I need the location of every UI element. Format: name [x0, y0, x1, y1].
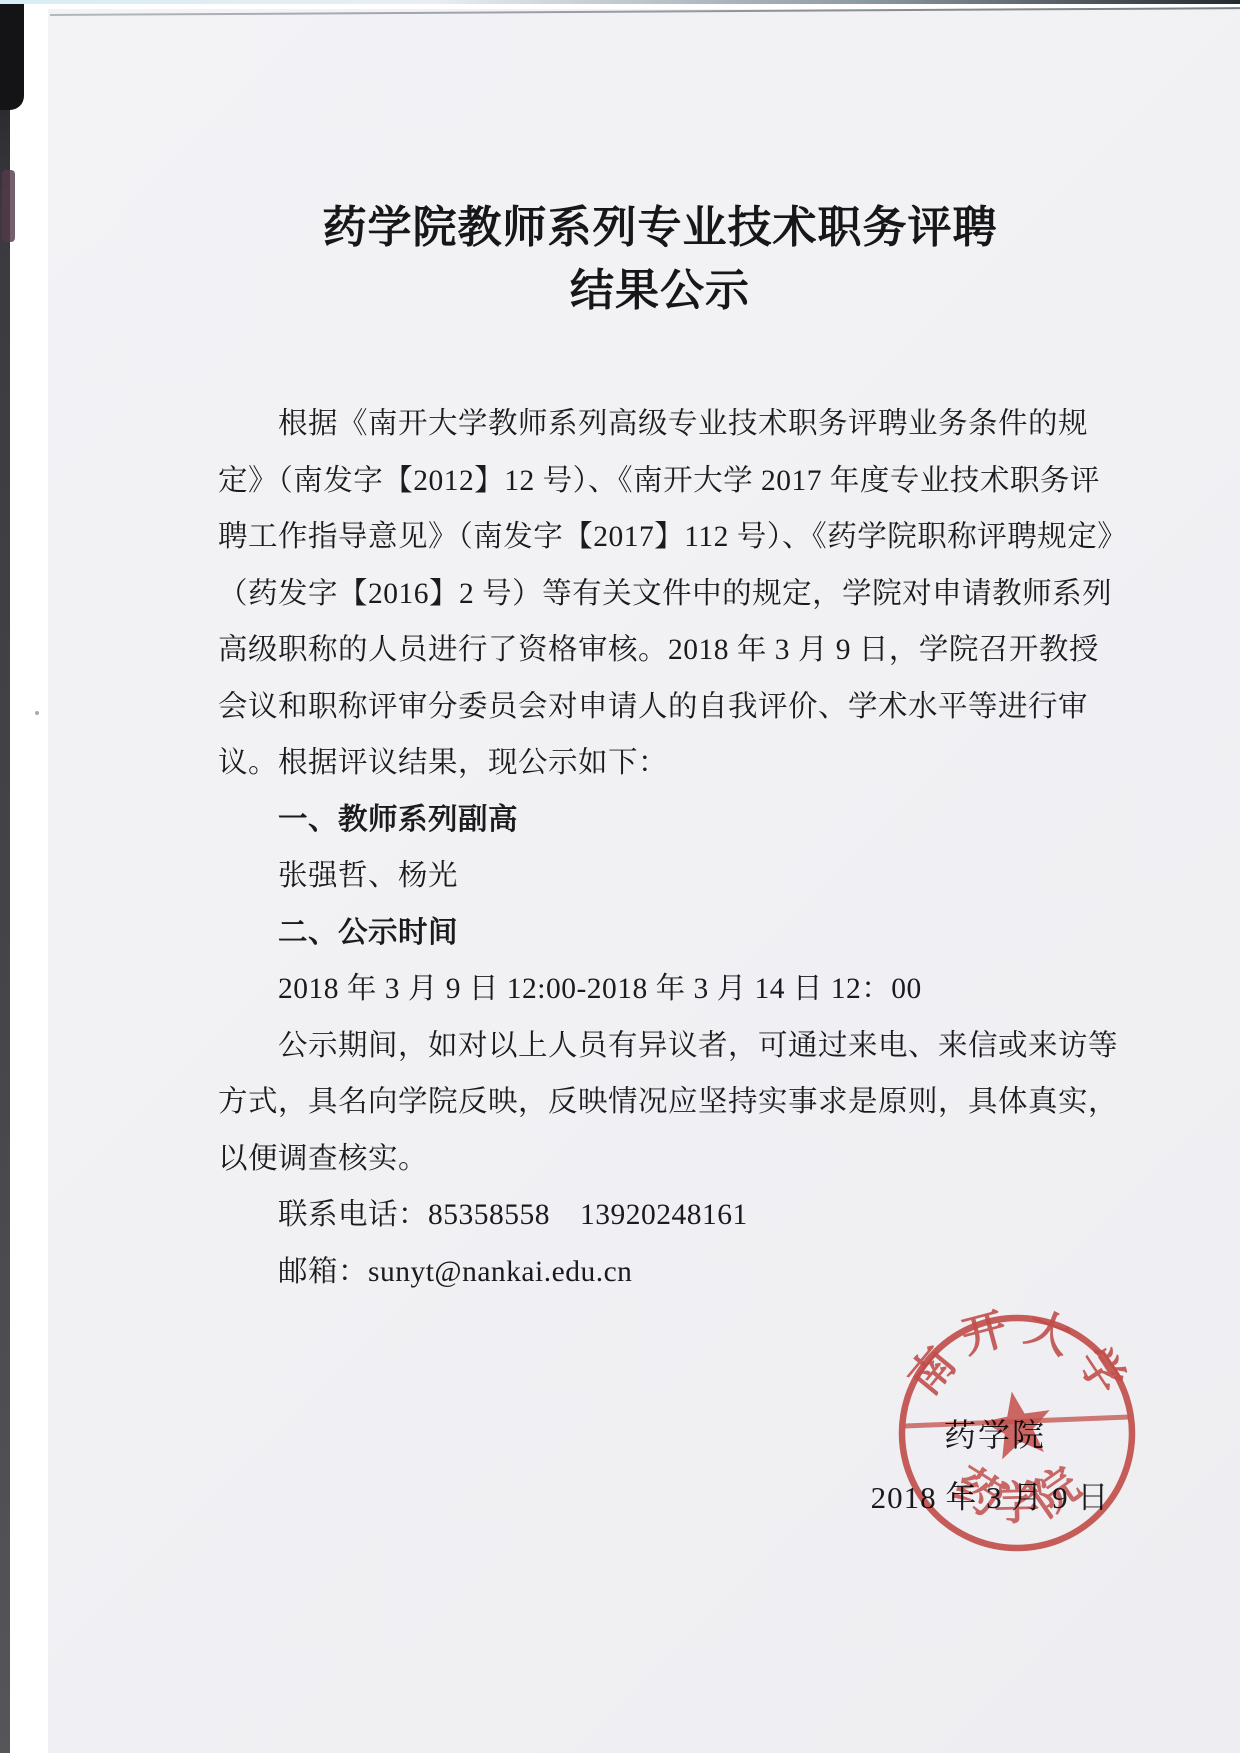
paragraph-line: 根据《南开大学教师系列高级专业技术职务评聘业务条件的规	[218, 396, 1042, 453]
publicity-period: 2018 年 3 月 9 日 12:00-2018 年 3 月 14 日 12：…	[218, 961, 1042, 1018]
section-1-heading: 一、教师系列副高	[218, 792, 1042, 849]
document-body: 根据《南开大学教师系列高级专业技术职务评聘业务条件的规 定》（南发字【2012】…	[218, 396, 1042, 1300]
paragraph-line: 定》（南发字【2012】12 号）、《南开大学 2017 年度专业技术职务评	[218, 453, 1042, 510]
signature-organization: 药学院	[900, 1410, 1090, 1456]
paragraph-line: 会议和职称评审分委员会对申请人的自我评价、学术水平等进行审	[218, 679, 1042, 736]
scan-speck	[35, 711, 39, 715]
signature-date: 2018 年 3 月 9 日	[860, 1472, 1120, 1517]
scan-top-line	[0, 0, 1240, 4]
contact-email: 邮箱：sunyt@nankai.edu.cn	[218, 1244, 1042, 1301]
section-2-heading: 二、公示时间	[218, 905, 1042, 962]
scan-smudge	[0, 0, 24, 110]
paragraph-line: 方式，具名向学院反映，反映情况应坚持实事求是原则，具体真实，	[218, 1074, 1042, 1131]
scan-edge-strip	[0, 0, 10, 1753]
paragraph-line: 以便调查核实。	[218, 1131, 1042, 1188]
scan-smudge	[2, 170, 15, 242]
document-title: 药学院教师系列专业技术职务评聘 结果公示	[240, 196, 1080, 322]
paragraph-line: 聘工作指导意见》（南发字【2017】112 号）、《药学院职称评聘规定》	[218, 509, 1042, 566]
paragraph-line: 议。根据评议结果，现公示如下：	[218, 735, 1042, 792]
paragraph-line: 高级职称的人员进行了资格审核。2018 年 3 月 9 日，学院召开教授	[218, 622, 1042, 679]
paragraph-line: （药发字【2016】2 号）等有关文件中的规定，学院对申请教师系列	[218, 566, 1042, 623]
title-line-1: 药学院教师系列专业技术职务评聘	[240, 196, 1080, 259]
title-line-2: 结果公示	[240, 259, 1080, 322]
scanned-document-page: 药学院教师系列专业技术职务评聘 结果公示 根据《南开大学教师系列高级专业技术职务…	[0, 0, 1240, 1753]
paragraph-line: 公示期间，如对以上人员有异议者，可通过来电、来信或来访等	[218, 1018, 1042, 1075]
contact-phone: 联系电话：85358558 13920248161	[218, 1187, 1042, 1244]
candidate-names: 张强哲、杨光	[218, 848, 1042, 905]
